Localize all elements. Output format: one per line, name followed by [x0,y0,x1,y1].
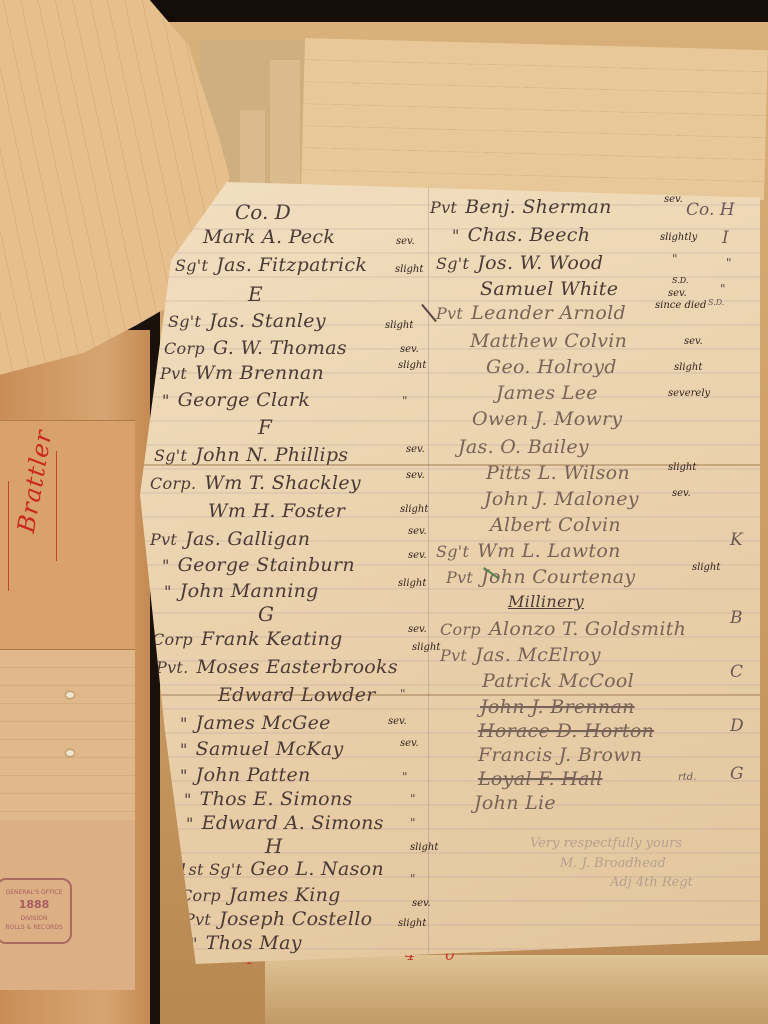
roster-sheet: Co. D Mark A. Peck sev. Sg'tJas. Fitzpat… [140,182,760,964]
roster-entry: Sg'tWm L. Lawton [436,540,621,562]
roster-entry: "Chas. Beech [452,224,590,246]
roster-entry: Owen J. Mowry [472,408,622,430]
roster-entry: "George Stainburn [162,554,355,576]
signoff-line: Adj 4th Regt [530,873,693,893]
roster-entry: Geo. Holroyd [486,356,617,378]
signoff-block: Very respectfully yours M. J. Broadhead … [530,834,693,893]
roster-entry: "James McGee [180,712,331,734]
roster-entry: Corp.Wm T. Shackley [150,472,361,494]
roster-entry: CorpG. W. Thomas [164,337,347,359]
wound-status: since died [655,300,706,311]
roster-entry: Samuel White [480,278,618,300]
roster-entry: PvtJas. McElroy [440,644,601,666]
roster-entry: "Samuel McKay [180,738,344,760]
company-tag: C [730,662,743,682]
roster-entry: Mark A. Peck [195,226,335,248]
wound-status: severely [668,388,710,399]
roster-entry: Jas. O. Bailey [458,436,589,458]
wound-status: sev. [412,898,431,909]
ditto-mark: " [410,872,416,886]
roster-entry: CorpFrank Keating [152,628,343,650]
punch-hole [66,692,74,698]
left-folded-sheet [0,420,135,650]
red-margin-line [56,451,57,561]
roster-entry: PvtWm Brennan [160,362,324,384]
roster-entry: CorpJames King [180,884,341,906]
roster-entry: Wm H. Foster [200,500,345,522]
wound-status: sev. [408,624,427,635]
note-mark: S.D. [708,298,724,307]
roster-entry: "Thos May [190,932,302,954]
roster-entry: PvtJas. Galligan [150,528,310,550]
roster-entry: PvtJohn Courtenay [446,566,635,588]
company-tag: K [730,530,743,550]
ditto-mark: " [402,394,408,408]
wound-status: rtd. [678,772,696,783]
wound-status: slight [412,642,440,653]
wound-status: slight [692,562,720,573]
wound-status: slight [674,362,702,373]
wound-status: slight [398,578,426,589]
wound-status: sev. [668,288,687,299]
roster-entry: Sg'tJas. Fitzpatrick [175,254,367,276]
wound-status: sev. [664,194,683,205]
roster-entry: Matthew Colvin [470,330,627,352]
wound-status: sev. [406,444,425,455]
note-mark: S.D. [672,276,688,285]
wound-status: slightly [660,232,697,243]
wound-status: slight [410,842,438,853]
company-header: Co. D [235,200,291,224]
struck-entry: John J. Brennan [480,696,635,718]
wound-status: slight [398,360,426,371]
roster-entry: Pvt.Moses Easterbrooks [156,656,398,678]
ditto-mark: " [400,687,406,701]
ditto-mark: " [402,770,408,784]
roster-entry: PvtBenj. Sherman [430,196,612,218]
company-header: F [258,415,272,439]
wound-status: slight [395,264,423,275]
left-lined-sheet [0,650,135,820]
company-tag: I [722,228,729,248]
company-header: E [248,282,263,306]
company-tag: Co. H [686,200,735,220]
wound-status: sev. [672,488,691,499]
roster-entry: John Lie [474,792,556,814]
wound-status: slight [398,918,426,929]
company-header: H [265,834,282,858]
wound-status: sev. [396,236,415,247]
ditto-mark: " [672,252,678,266]
back-lined-sheet [301,38,768,200]
wound-status: sev. [406,470,425,481]
punch-hole [66,750,74,756]
wound-status: sev. [388,716,407,727]
roster-entry: PvtJoseph Costello [184,908,372,930]
roster-entry: "Edward A. Simons [186,812,384,834]
company-tag: B [730,608,743,628]
ditto-mark: " [720,282,726,296]
company-header: G [258,602,274,626]
ditto-mark: " [726,256,732,270]
office-stamp: GENERAL'S OFFICE 1888 DIVISION ROLLS & R… [0,878,72,944]
wound-status: slight [668,462,696,473]
wound-status: sev. [400,738,419,749]
roster-entry: PvtLeander Arnold [436,302,626,324]
signoff-line: M. J. Broadhead [530,854,693,874]
paper-strip [240,110,265,190]
roster-entry: Francis J. Brown [478,744,642,766]
roster-entry: "John Manning [164,580,319,602]
left-document-stack: Brattler GENERAL'S OFFICE 1888 DIVISION … [0,330,150,1024]
roster-entry: Sg'tJohn N. Phillips [154,444,348,466]
paper-strip [270,60,300,190]
red-margin-line [8,481,9,591]
roster-entry: Sg'tJas. Stanley [168,310,326,332]
wound-status: sev. [400,344,419,355]
roster-entry: Albert Colvin [490,514,621,536]
roster-entry: Sg'tJos. W. Wood [436,252,603,274]
roster-entry: Pitts L. Wilson [486,462,630,484]
stamp-line: GENERAL'S OFFICE [0,888,70,897]
company-tag: D [730,716,744,736]
ditto-mark: " [410,792,416,806]
stamp-line: DIVISION [0,914,70,923]
struck-entry: Horace D. Horton [478,720,654,742]
wound-status: sev. [408,550,427,561]
annotation: Millinery [508,592,584,611]
roster-entry: "George Clark [162,389,310,411]
roster-entry: James Lee [496,382,598,404]
wound-status: sev. [408,526,427,537]
roster-entry: CorpAlonzo T. Goldsmith [440,618,686,640]
roster-entry: Patrick McCool [482,670,634,692]
roster-entry: "Thos E. Simons [184,788,353,810]
wound-status: sev. [684,336,703,347]
signoff-line: Very respectfully yours [530,834,693,854]
ditto-mark: " [410,816,416,830]
wound-status: slight [385,320,413,331]
underlying-page: 1 4 0 [265,955,768,1024]
roster-entry: "John Patten [180,764,311,786]
stamp-year: 1888 [0,897,70,914]
roster-entry: John J. Maloney [484,488,639,510]
company-tag: G [730,764,744,784]
stamp-line: ROLLS & RECORDS [0,923,70,932]
roster-entry: 1st Sg'tGeo L. Nason [178,858,384,880]
wound-status: slight [400,504,428,515]
roster-entry: Edward Lowder [210,684,376,706]
struck-entry: Loyal F. Hall [478,768,603,790]
